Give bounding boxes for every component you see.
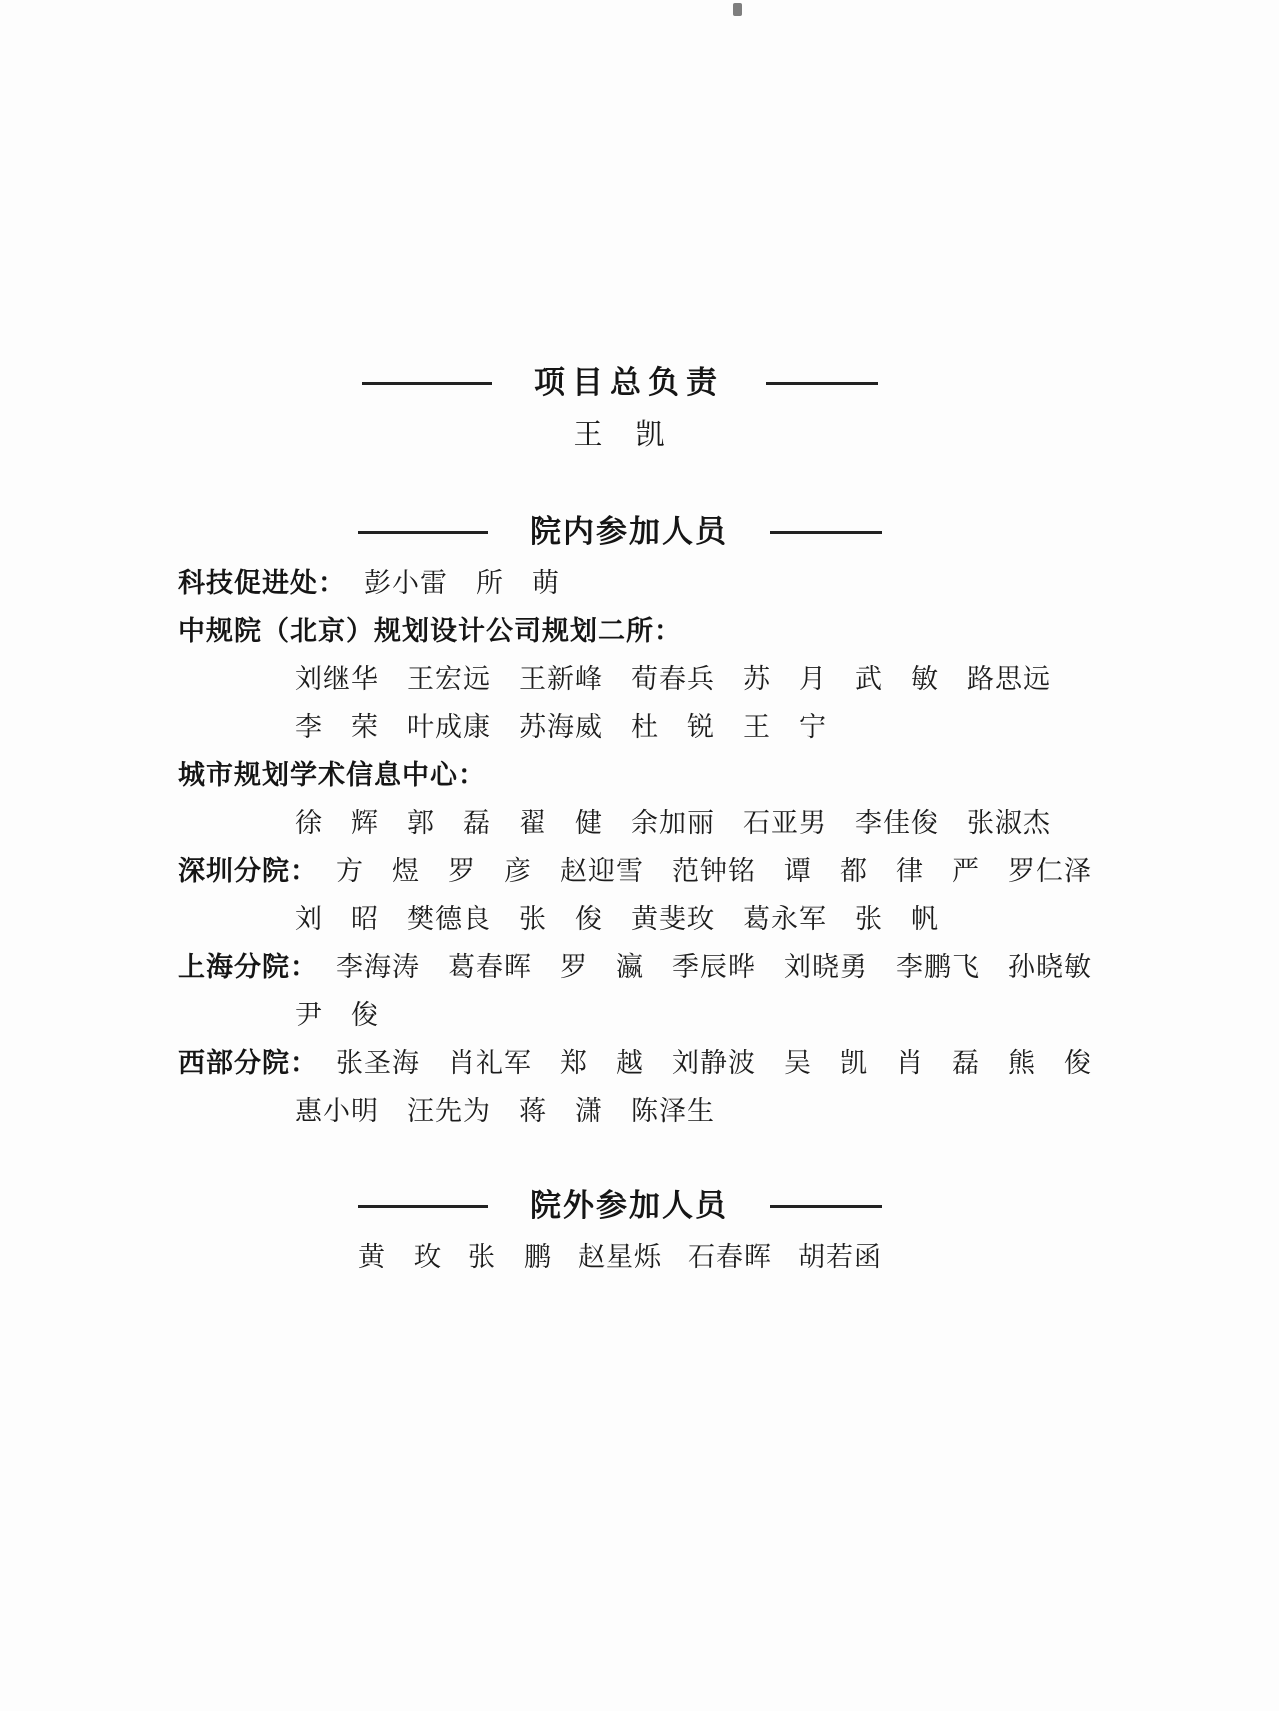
internal-title: 院内参加人员 [530, 513, 728, 550]
person-name: 郭 磊 [407, 801, 491, 840]
person-name: 王宏远 [407, 657, 491, 696]
group-label: 西部分院： [178, 1041, 318, 1080]
person-name: 荀春兵 [631, 657, 715, 696]
person-name: 所 萌 [476, 561, 560, 600]
person-name: 葛永军 [743, 897, 827, 936]
person-name: 李海涛 [336, 945, 420, 984]
project-lead-name: 王 凯 [0, 412, 1240, 448]
names-row: 刘继华王宏远王新峰荀春兵苏 月武 敏路思远 [178, 652, 1092, 700]
person-name: 熊 俊 [1008, 1041, 1092, 1080]
person-name: 尹 俊 [295, 993, 379, 1032]
person-name: 季辰晔 [672, 945, 756, 984]
person-name: 黄斐玫 [631, 897, 715, 936]
names-row: 李 荣叶成康苏海威杜 锐王 宁 [178, 700, 1092, 748]
names-row: 刘 昭樊德良张 俊黄斐玫葛永军张 帆 [178, 892, 1092, 940]
internal-groups: 科技促进处：彭小雷所 萌中规院（北京）规划设计公司规划二所：刘继华王宏远王新峰荀… [178, 556, 1092, 1132]
person-name: 胡若函 [798, 1235, 882, 1274]
names-row: 徐 辉郭 磊翟 健余加丽石亚男李佳俊张淑杰 [178, 796, 1092, 844]
names-row: 西部分院：张圣海肖礼军郑 越刘静波吴 凯肖 磊熊 俊 [178, 1036, 1092, 1084]
section-heading-external: 院外参加人员 [0, 1186, 1240, 1226]
person-name: 石春晖 [688, 1235, 772, 1274]
person-name: 王新峰 [519, 657, 603, 696]
person-name: 肖礼军 [448, 1041, 532, 1080]
person-name: 张淑杰 [967, 801, 1051, 840]
names-row: 尹 俊 [178, 988, 1092, 1036]
person-name: 余加丽 [631, 801, 715, 840]
person-name: 谭 都 [784, 849, 868, 888]
heading-rule-left [358, 531, 488, 534]
heading-rule-right [770, 531, 882, 534]
external-names-row: 黄 玫张 鹏赵星烁石春晖胡若函 [0, 1236, 1240, 1272]
group-label: 上海分院： [178, 945, 318, 984]
person-name: 郑 越 [560, 1041, 644, 1080]
person-name: 徐 辉 [295, 801, 379, 840]
person-name: 王 宁 [743, 705, 827, 744]
person-name: 李 荣 [295, 705, 379, 744]
names-row: 深圳分院：方 煜罗 彦赵迎雪范钟铭谭 都律 严罗仁泽 [178, 844, 1092, 892]
credits-page: 项目总负责 王 凯 院内参加人员 科技促进处：彭小雷所 萌中规院（北京）规划设计… [0, 0, 1279, 1711]
person-name: 樊德良 [407, 897, 491, 936]
person-name: 刘继华 [295, 657, 379, 696]
person-name: 罗 瀛 [560, 945, 644, 984]
person-name: 孙晓敏 [1008, 945, 1092, 984]
person-name: 苏 月 [743, 657, 827, 696]
person-name: 陈泽生 [631, 1089, 715, 1128]
person-name: 葛春晖 [448, 945, 532, 984]
person-name: 蒋 潇 [519, 1089, 603, 1128]
external-title: 院外参加人员 [530, 1187, 728, 1224]
person-name: 杜 锐 [631, 705, 715, 744]
person-name: 叶成康 [407, 705, 491, 744]
heading-rule-right [770, 1205, 882, 1208]
person-name: 刘晓勇 [784, 945, 868, 984]
person-name: 吴 凯 [784, 1041, 868, 1080]
person-name: 罗 彦 [448, 849, 532, 888]
person-name: 李佳俊 [855, 801, 939, 840]
person-name: 汪先为 [407, 1089, 491, 1128]
person-name: 肖 磊 [896, 1041, 980, 1080]
group-label: 中规院（北京）规划设计公司规划二所： [178, 609, 682, 648]
person-name: 赵星烁 [578, 1235, 662, 1274]
heading-rule-left [358, 1205, 488, 1208]
group-label: 城市规划学术信息中心： [178, 753, 486, 792]
person-name: 范钟铭 [672, 849, 756, 888]
person-name: 张圣海 [336, 1041, 420, 1080]
heading-rule-left [362, 382, 492, 385]
person-name: 律 严 [896, 849, 980, 888]
person-name: 李鹏飞 [896, 945, 980, 984]
person-name: 黄 玫 [358, 1235, 442, 1274]
person-name: 路思远 [967, 657, 1051, 696]
names-row: 上海分院：李海涛葛春晖罗 瀛季辰晔刘晓勇李鹏飞孙晓敏 [178, 940, 1092, 988]
group-label: 深圳分院： [178, 849, 318, 888]
person-name: 惠小明 [295, 1089, 379, 1128]
section-heading-internal: 院内参加人员 [0, 512, 1240, 552]
person-name: 张 帆 [855, 897, 939, 936]
scan-artifact [733, 3, 742, 16]
person-name: 彭小雷 [364, 561, 448, 600]
heading-rule-right [766, 382, 878, 385]
person-name: 罗仁泽 [1008, 849, 1092, 888]
project-lead-title: 项目总负责 [534, 364, 724, 401]
group-label-row: 中规院（北京）规划设计公司规划二所： [178, 604, 1092, 652]
person-name: 石亚男 [743, 801, 827, 840]
group-label-row: 城市规划学术信息中心： [178, 748, 1092, 796]
person-name: 刘静波 [672, 1041, 756, 1080]
person-name: 苏海威 [519, 705, 603, 744]
names-row: 惠小明汪先为蒋 潇陈泽生 [178, 1084, 1092, 1132]
person-name: 张 俊 [519, 897, 603, 936]
person-name: 方 煜 [336, 849, 420, 888]
names-row: 科技促进处：彭小雷所 萌 [178, 556, 1092, 604]
section-heading-project-lead: 项目总负责 [0, 363, 1240, 403]
person-name: 武 敏 [855, 657, 939, 696]
group-label: 科技促进处： [178, 561, 346, 600]
person-name: 翟 健 [519, 801, 603, 840]
person-name: 张 鹏 [468, 1235, 552, 1274]
person-name: 刘 昭 [295, 897, 379, 936]
person-name: 赵迎雪 [560, 849, 644, 888]
